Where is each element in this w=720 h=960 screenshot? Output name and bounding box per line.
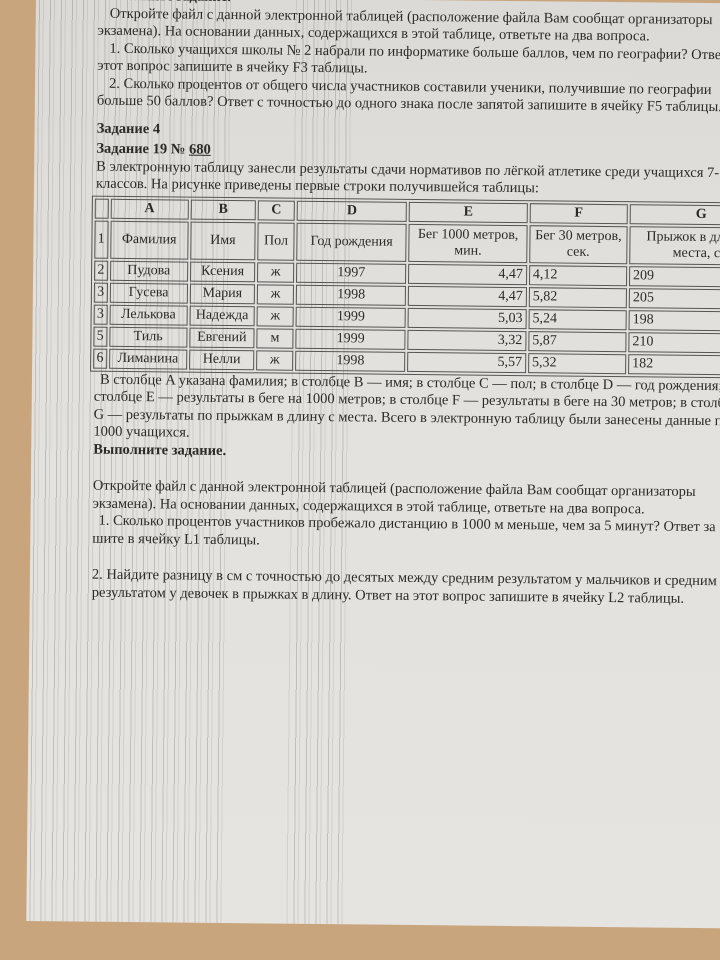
- table-row: 3ЛельковаНадеждаж19995,035,24198: [94, 304, 720, 331]
- table-cell: 1999: [295, 328, 405, 349]
- header-cell: Пол: [257, 222, 294, 260]
- column-letter: A: [110, 198, 189, 219]
- header-cell: Год рождения: [296, 222, 407, 261]
- table-cell: 3,32: [408, 329, 527, 350]
- table-cell: 198: [629, 310, 720, 331]
- table-cell: Лиманина: [109, 348, 188, 369]
- table-cell: 4,47: [408, 263, 527, 284]
- table-row: 3ГусеваМарияж19984,475,82205: [94, 282, 720, 309]
- column-letter: F: [530, 203, 628, 224]
- table-cell: 5,24: [528, 309, 626, 330]
- row-number: 6: [93, 348, 107, 368]
- table-cell: 5,82: [529, 287, 627, 308]
- previous-task-text: Откройте файл с данной электронной табли…: [97, 5, 720, 117]
- table-cell: 5,03: [408, 307, 527, 328]
- column-letter: B: [191, 199, 256, 220]
- row-number: 3: [94, 282, 108, 302]
- table-row: 2ПудоваКсенияж19974,474,12209: [94, 260, 720, 287]
- table-cell: 209: [629, 266, 720, 287]
- table-row: 5ТильЕвгенийм19993,325,87210: [93, 326, 720, 353]
- table-cell: ж: [257, 306, 294, 326]
- table-cell: Нелли: [189, 349, 254, 370]
- column-letter: G: [630, 204, 720, 225]
- table-cell: 210: [628, 332, 720, 353]
- corner-cell: [95, 198, 109, 218]
- table-cell: ж: [257, 262, 294, 282]
- row-number: 1: [94, 220, 108, 258]
- table-cell: 1998: [296, 284, 406, 305]
- table-cell: 205: [629, 288, 720, 309]
- table-cell: 1998: [295, 350, 405, 371]
- table-cell: Тиль: [109, 326, 188, 347]
- table-cell: 4,47: [408, 285, 527, 306]
- table-cell: Мария: [190, 283, 255, 304]
- table-cell: ж: [257, 284, 294, 304]
- column-letter: C: [258, 200, 295, 220]
- column-letter: E: [409, 201, 528, 222]
- table-cell: 5,87: [528, 331, 626, 352]
- table-cell: Ксения: [190, 261, 255, 282]
- table-cell: 1999: [296, 306, 406, 327]
- row-number: 2: [94, 260, 108, 280]
- header-cell: Бег 1000 метров, мин.: [409, 223, 528, 262]
- columns-description: В столбце A указана фамилия; в столбце B…: [93, 371, 720, 448]
- header-cell: Имя: [190, 221, 256, 260]
- table-cell: Лелькова: [109, 304, 188, 325]
- table-cell: ж: [256, 350, 293, 370]
- table-cell: Пудова: [110, 260, 189, 281]
- header-cell: Прыжок в длину с места, см: [629, 226, 720, 265]
- header-row: 1 Фамилия Имя Пол Год рождения Бег 1000 …: [94, 220, 720, 265]
- column-letter: D: [297, 200, 407, 221]
- table-cell: м: [256, 328, 293, 348]
- table-cell: 5,32: [528, 353, 626, 374]
- page-content: Выполните задание. Откройте файл с данно…: [92, 0, 720, 609]
- printed-page: Выполните задание. Откройте файл с данно…: [26, 0, 720, 928]
- table-cell: Евгений: [189, 327, 254, 348]
- instructions: Откройте файл с данной электронной табли…: [92, 478, 720, 555]
- table-cell: Надежда: [189, 305, 254, 326]
- table-cell: 1997: [296, 262, 406, 283]
- question-2: 2. Найдите разницу в см с точностью до д…: [92, 567, 720, 609]
- table-cell: 5,57: [407, 351, 526, 372]
- row-number: 5: [93, 326, 107, 346]
- table-cell: Гусева: [109, 282, 188, 303]
- task-number-link[interactable]: 680: [189, 142, 211, 158]
- table-cell: 4,12: [529, 265, 627, 286]
- spreadsheet-table: A B C D E F G 1 Фамилия Имя Пол Год рожд…: [90, 195, 720, 378]
- row-number: 3: [94, 304, 108, 324]
- header-cell: Фамилия: [110, 220, 189, 259]
- table-cell: 182: [628, 354, 720, 375]
- table-body: 2ПудоваКсенияж19974,474,122093ГусеваМари…: [93, 260, 720, 375]
- header-cell: Бег 30 метров, сек.: [529, 225, 628, 264]
